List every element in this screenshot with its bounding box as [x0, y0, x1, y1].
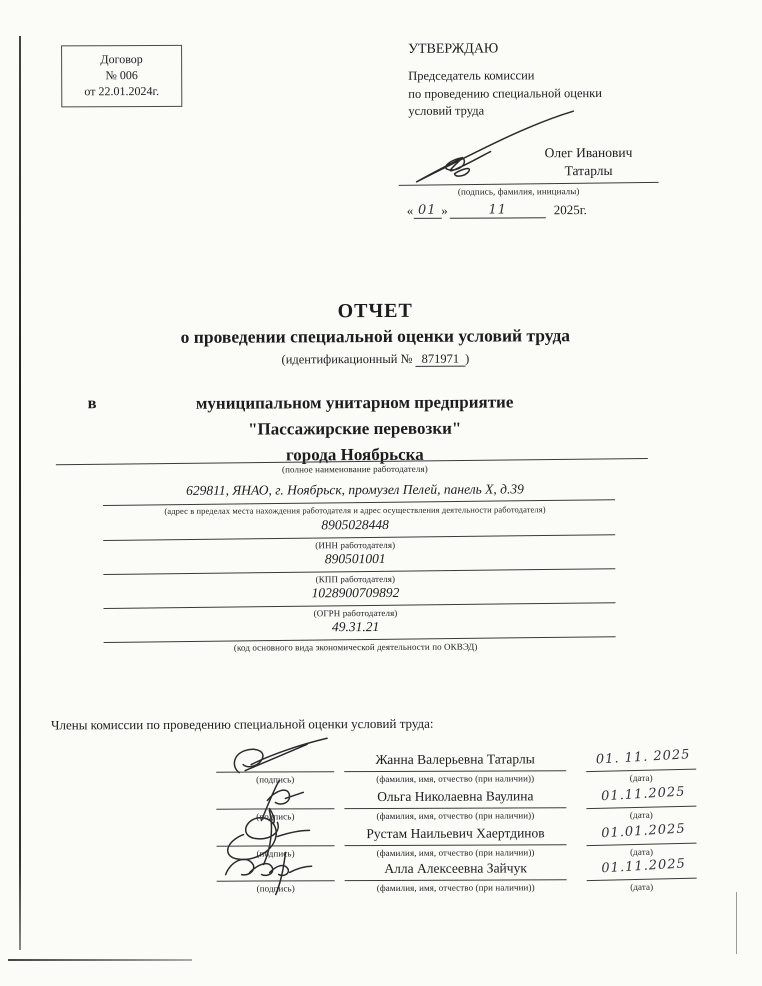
member-date-caption: (дата): [587, 882, 697, 892]
contract-word: Договор: [62, 52, 181, 68]
approver-signature-caption: (подпись, фамилия, инициалы): [419, 186, 619, 197]
contract-number: № 006: [62, 68, 181, 84]
member-name: Алла Алексеевна Зайчук: [345, 860, 567, 877]
member-name: Ольга Николаевна Ваулина: [344, 788, 566, 805]
approval-date-month: 11: [450, 202, 546, 218]
member-date-caption: (дата): [586, 773, 696, 783]
approver-name-line2: Татарлы: [504, 162, 674, 181]
member-name-line: [345, 844, 567, 846]
okved-value: 49.31.21: [21, 618, 691, 637]
member-name-line: [344, 770, 566, 772]
id-label: (идентификационный №: [281, 352, 412, 367]
id-close-paren: ): [465, 352, 469, 366]
employer-name-caption: (полное наименование работодателя): [20, 463, 690, 476]
report-subtitle: о проведении специальной оценки условий …: [19, 324, 731, 348]
member-name: Жанна Валерьевна Татарлы: [344, 751, 566, 768]
member-date: 01. 11. 2025: [585, 747, 702, 769]
member-name-caption: (фамилия, имя, отчество (при наличии)): [332, 847, 580, 858]
approver-name: Олег Иванович Татарлы: [503, 144, 673, 181]
approval-date-line: «01»112025г.: [407, 202, 587, 219]
employer-name-line1: муниципальном унитарном предприятие: [20, 389, 690, 418]
identification-number-line: (идентификационный № 871971): [19, 350, 731, 368]
member-date-line: [587, 843, 697, 846]
member-date: 01.11.2025: [585, 856, 702, 878]
report-title: ОТЧЕТ: [19, 298, 731, 324]
member-date-line: [586, 806, 696, 809]
member-date-caption: (дата): [587, 847, 697, 857]
member-name: Рустам Наильевич Хаертдинов: [344, 825, 566, 842]
scanned-report-page: Договор № 006 от 22.01.2024г. УТВЕРЖДАЮ …: [0, 0, 762, 986]
member-date-line: [587, 878, 697, 881]
commission-heading: Члены комиссии по проведению специальной…: [51, 716, 434, 734]
member-name-caption: (фамилия, имя, отчество (при наличии)): [331, 773, 579, 784]
contract-number-box: Договор № 006 от 22.01.2024г.: [61, 45, 182, 108]
member-date: 01.11.2025: [585, 784, 702, 806]
approval-date-day: 01: [413, 203, 441, 219]
approver-name-line1: Олег Иванович: [503, 144, 673, 163]
member-name-caption: (фамилия, имя, отчество (при наличии)): [332, 882, 580, 893]
kpp-value: 890501001: [20, 550, 690, 569]
approve-heading: УТВЕРЖДАЮ: [408, 41, 498, 57]
member-sign-caption: (подпись): [217, 883, 335, 894]
member-name-caption: (фамилия, имя, отчество (при наличии)): [331, 810, 579, 821]
inn-value: 8905028448: [20, 516, 690, 535]
okved-caption: (код основного вида экономической деятел…: [21, 641, 691, 654]
ogrn-value: 1028900709892: [20, 584, 690, 603]
quote-close: »: [441, 203, 448, 218]
member-date-line: [586, 769, 696, 772]
member-name-line: [344, 807, 566, 809]
approval-date-year: 2025г.: [554, 202, 587, 217]
employer-name-line2: "Пассажирские перевозки": [20, 415, 690, 444]
member-date-caption: (дата): [586, 810, 696, 820]
employer-name: муниципальном унитарном предприятие "Пас…: [20, 389, 690, 470]
id-value: 871971: [416, 352, 466, 367]
address-caption: (адрес в пределах места нахождения работ…: [20, 504, 690, 517]
member-name-line: [345, 879, 567, 881]
contract-date: от 22.01.2024г.: [62, 84, 181, 100]
approver-role-line2: по проведению специальной оценки: [408, 85, 602, 103]
employer-address: 629811, ЯНАО, г. Ноябрьск, промузел Пеле…: [20, 481, 690, 500]
member-date: 01.01.2025: [585, 821, 702, 843]
approver-role-line1: Председатель комиссии: [408, 67, 602, 85]
